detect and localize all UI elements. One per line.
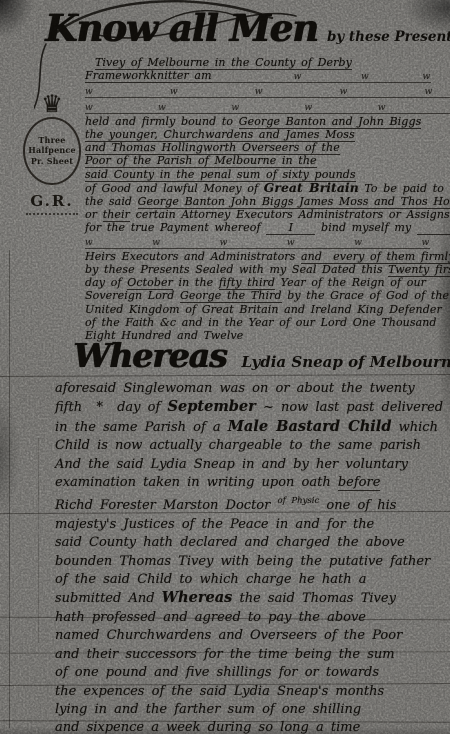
text-segment: September	[167, 398, 255, 415]
text-segment: and sixpence a week during so long a tim…	[55, 720, 360, 734]
text-segment: Year of the Reign of our	[275, 276, 426, 289]
royal-monogram: G.R.	[12, 192, 92, 210]
text-segment: fifth * day of	[55, 400, 167, 415]
know-all-men-heading: Know all Men	[45, 6, 318, 50]
text-segment: by these Presents Sealed with my Seal Da…	[85, 263, 388, 276]
text-segment: and Thomas Hollingworth Overseers of the	[85, 141, 340, 155]
text-segment: October	[127, 276, 173, 290]
manuscript-line: fifth * day of September ~ now last past…	[55, 398, 449, 417]
text-segment: the said	[85, 195, 138, 208]
text-segment: certain Attorney Executors Administrator…	[130, 208, 450, 221]
text-segment: bounden Thomas Tivey with being the puta…	[55, 554, 430, 569]
text-segment: Twenty first	[388, 263, 450, 277]
text-segment: Tivey of Melbourne in the County of Derb…	[95, 56, 352, 70]
text-segment: And the said Lydia Sneap in and by her v…	[55, 457, 408, 472]
text-segment: of Good and lawful Money of	[85, 182, 264, 195]
text-segment: George the Third	[180, 289, 282, 303]
text-segment: examination taken in writing upon oath	[55, 475, 338, 490]
stamp-duty-line: Three	[25, 136, 79, 146]
text-segment	[417, 221, 450, 235]
text-segment: which	[392, 420, 438, 435]
text-segment: submitted And	[55, 591, 162, 606]
text-segment: Great Britain	[264, 180, 359, 195]
text-segment: and every of them firmly	[301, 250, 450, 264]
manuscript-line: Poor of the Parish of Melbourne in the	[85, 154, 449, 167]
text-segment: for the true Payment whereof	[85, 221, 266, 234]
margin-rule	[9, 250, 10, 728]
opening-lines: Tivey of Melbourne in the County of Derb…	[85, 56, 449, 342]
whereas-lines: aforesaid Singlewoman was on or about th…	[55, 380, 449, 734]
text-segment: w w w w w w w	[85, 103, 450, 114]
manuscript-line: w w w w w w w	[85, 100, 449, 115]
manuscript-line: day of October in the fifty third Year o…	[85, 276, 449, 289]
manuscript-line: for the true Payment whereof I bind myse…	[85, 221, 449, 234]
text-segment: the younger, Churchwardens and James Mos…	[85, 128, 355, 142]
text-segment: before	[338, 475, 381, 491]
manuscript-line: of the Faith &c and in the Year of our L…	[85, 316, 449, 329]
text-segment: of Physic	[277, 496, 319, 506]
crown-icon: ♛	[12, 92, 92, 116]
manuscript-line: aforesaid Singlewoman was on or about th…	[55, 380, 449, 398]
manuscript-line: United Kingdom of Great Britain and Irel…	[85, 303, 449, 316]
manuscript-line: And the said Lydia Sneap in and by her v…	[55, 456, 449, 474]
manuscript-line: bounden Thomas Tivey with being the puta…	[55, 553, 449, 571]
manuscript-line: Sovereign Lord George the Third by the G…	[85, 289, 449, 302]
manuscript-line: the younger, Churchwardens and James Mos…	[85, 128, 449, 141]
opening-headline: Know all Men by these Presents That I Th…	[45, 6, 449, 56]
text-segment: w w w	[212, 72, 432, 83]
text-segment: Heirs Executors and Administrators	[85, 250, 301, 263]
text-segment: their	[103, 208, 130, 222]
opening-heading-continuation: by these Presents That I Thomas	[327, 29, 450, 45]
text-segment: or	[85, 208, 103, 221]
text-segment: ~ now last past delivered	[256, 400, 443, 415]
manuscript-line: w w w w w w	[85, 235, 449, 250]
stamp-caption-illegible	[26, 213, 78, 215]
text-segment: held and firmly bound to	[85, 115, 239, 128]
manuscript-line: of Good and lawful Money of Great Britai…	[85, 181, 449, 195]
text-segment: of the Faith &c and in the Year of our L…	[85, 316, 437, 329]
revenue-stamp: ♛ Three Halfpence Pr. Sheet G.R.	[12, 92, 92, 215]
text-segment: said County hath declared and charged th…	[55, 535, 405, 550]
text-segment: of the said Child to which charge he hat…	[55, 572, 367, 587]
whereas-heading: Whereas	[73, 336, 226, 375]
bond-opening-section: Know all Men by these Presents That I Th…	[85, 6, 449, 342]
manuscript-line: majesty's Justices of the Peace in and f…	[55, 516, 449, 534]
text-segment: and their successors for the time being …	[55, 647, 395, 662]
manuscript-line: of the said Child to which charge he hat…	[55, 571, 449, 589]
text-segment: Whereas	[162, 589, 233, 606]
manuscript-line: lying in and the farther sum of one shil…	[55, 701, 449, 719]
text-segment: To be paid to	[359, 182, 444, 195]
text-segment: Poor of the Parish of Melbourne in the	[85, 154, 317, 168]
manuscript-line: held and firmly bound to George Banton a…	[85, 115, 449, 128]
text-segment: Frameworkknitter am	[85, 69, 212, 83]
manuscript-line: and Thomas Hollingworth Overseers of the	[85, 141, 449, 154]
text-segment: Child is now actually chargeable to the …	[55, 438, 421, 453]
text-segment: Sovereign Lord	[85, 289, 180, 302]
manuscript-line: by these Presents Sealed with my Seal Da…	[85, 263, 449, 276]
text-segment: George Banton John Biggs James Moss and …	[138, 195, 450, 209]
stamp-oval: Three Halfpence Pr. Sheet	[23, 117, 81, 185]
margin-rule	[38, 438, 39, 643]
text-segment: the expences of the said Lydia Sneap's m…	[55, 684, 384, 699]
text-segment: fifty third	[219, 276, 275, 290]
text-segment: named Churchwardens and Overseers of the…	[55, 628, 402, 643]
text-segment: bind myself my	[315, 221, 416, 234]
text-segment: I	[266, 221, 315, 235]
text-segment: lying in and the farther sum of one shil…	[55, 702, 361, 717]
text-segment: of one pound and five shillings for or t…	[55, 665, 379, 680]
text-segment: in the	[173, 276, 219, 289]
text-segment: George Banton and John Biggs	[239, 115, 422, 129]
whereas-section: Whereas Lydia Sneap of Melbourne aforesa…	[55, 336, 449, 734]
text-segment: aforesaid Singlewoman was on or about th…	[55, 381, 415, 396]
manuscript-line: and their successors for the time being …	[55, 646, 449, 664]
manuscript-line: or their certain Attorney Executors Admi…	[85, 208, 449, 221]
text-segment: Male Bastard Child	[228, 418, 392, 435]
manuscript-line: w w w w w w	[85, 84, 449, 99]
manuscript-line: Child is now actually chargeable to the …	[55, 437, 449, 455]
text-segment: w w w w w w	[85, 238, 430, 249]
whereas-heading-continuation: Lydia Sneap of Melbourne	[242, 353, 450, 371]
text-segment: by the Grace of God of the	[282, 289, 450, 302]
document-page: ♛ Three Halfpence Pr. Sheet G.R. Know al…	[0, 0, 450, 734]
stamp-duty-line: Pr. Sheet	[25, 157, 79, 167]
manuscript-line: Heirs Executors and Administrators and e…	[85, 250, 449, 263]
manuscript-line: said County hath declared and charged th…	[55, 534, 449, 552]
text-segment: the said Thomas Tivey	[232, 591, 396, 606]
stamp-duty-line: Halfpence	[25, 146, 79, 156]
manuscript-line: the said George Banton John Biggs James …	[85, 195, 449, 208]
manuscript-line: of one pound and five shillings for or t…	[55, 664, 449, 682]
manuscript-line: named Churchwardens and Overseers of the…	[55, 627, 449, 645]
text-segment: United Kingdom of Great Britain and Irel…	[85, 303, 442, 316]
text-segment: majesty's Justices of the Peace in and f…	[55, 517, 374, 532]
manuscript-line: Frameworkknitter am w w w	[85, 69, 449, 84]
manuscript-line: in the same Parish of a Male Bastard Chi…	[55, 418, 449, 437]
text-segment: day of	[85, 276, 127, 289]
manuscript-line: submitted And Whereas the said Thomas Ti…	[55, 589, 449, 608]
text-segment: in the same Parish of a	[55, 420, 228, 435]
text-segment: w w w w w w	[85, 87, 450, 98]
manuscript-line: Tivey of Melbourne in the County of Derb…	[85, 56, 449, 69]
manuscript-line: examination taken in writing upon oath b…	[55, 474, 449, 492]
